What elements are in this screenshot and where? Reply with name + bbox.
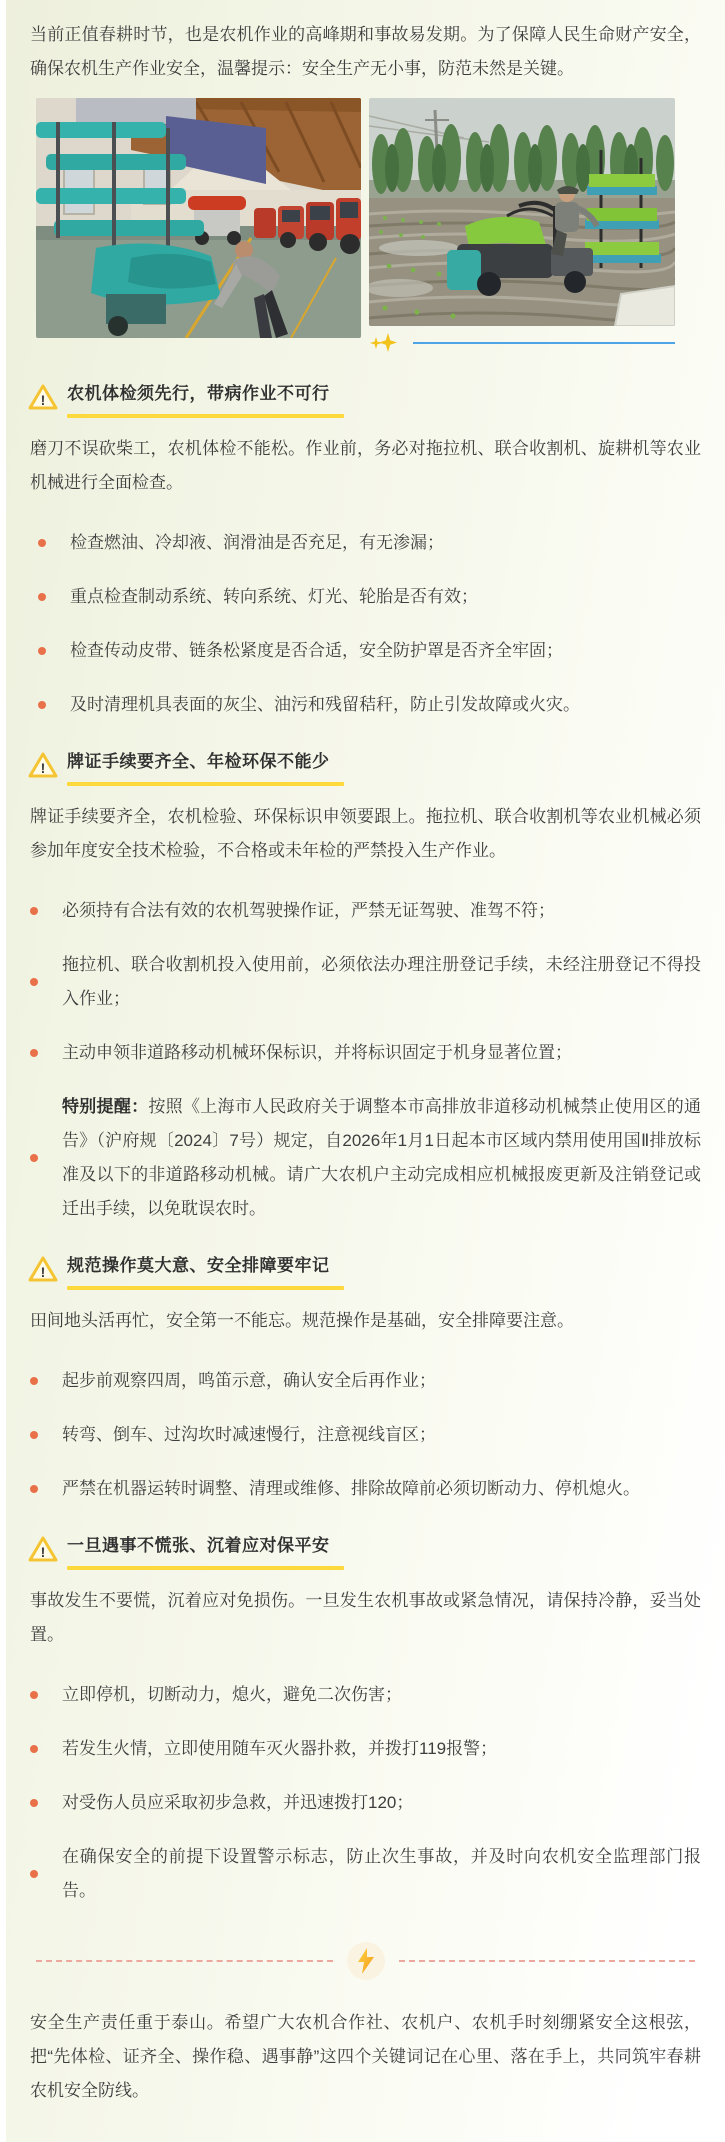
reminder-label: 特别提醒： — [62, 1097, 148, 1116]
section-heading: ! 规范操作莫大意、安全排障要牢记 — [6, 1254, 725, 1290]
warning-triangle-icon: ! — [28, 751, 58, 779]
bullet-item: 严禁在机器运转时调整、清理或维修、排除故障前必须切断动力、停机熄火。 — [30, 1472, 701, 1506]
section-lead: 田间地头活再忙，安全第一不能忘。规范操作是基础，安全排障要注意。 — [6, 1304, 725, 1338]
svg-text:!: ! — [41, 1264, 46, 1280]
bullet-dot-icon — [38, 539, 46, 547]
svg-text:!: ! — [41, 1544, 46, 1560]
bullet-item: 主动申领非道路移动机械环保标识，并将标识固定于机身显著位置； — [30, 1036, 701, 1070]
bullet-item: 检查传动皮带、链条松紧度是否合适，安全防护罩是否齐全牢固； — [38, 634, 701, 668]
bullet-item: 立即停机，切断动力，熄火，避免二次伤害； — [30, 1678, 701, 1712]
bullet-dot-icon — [30, 1485, 38, 1493]
paddy-photo-illustration — [369, 98, 675, 326]
photo-machinery-warehouse[interactable] — [36, 98, 361, 338]
section-heading: ! 牌证手续要齐全、年检环保不能少 — [6, 750, 725, 786]
section-lead: 牌证手续要齐全，农机检验、环保标识申领要跟上。拖拉机、联合收割机等农业机械必须参… — [6, 800, 725, 868]
title-underline — [67, 1566, 344, 1570]
bullet-dot-icon — [38, 647, 46, 655]
bullet-text: 若发生火情，立即使用随车灭火器扑救，并拨打119报警； — [62, 1732, 497, 1766]
dashed-line-left — [36, 1960, 333, 1962]
section-heading: ! 农机体检须先行，带病作业不可行 — [6, 382, 725, 418]
section-title: 规范操作莫大意、安全排障要牢记 — [67, 1254, 330, 1278]
photo-paddy-field[interactable] — [369, 98, 675, 326]
bullet-text: 检查燃油、冷却液、润滑油是否充足，有无渗漏； — [70, 526, 444, 560]
bullet-list: 起步前观察四周，鸣笛示意，确认安全后再作业； 转弯、倒车、过沟坎时减速慢行，注意… — [6, 1338, 725, 1506]
bullet-text: 转弯、倒车、过沟坎时减速慢行，注意视线盲区； — [62, 1418, 436, 1452]
bullet-dot-icon — [38, 701, 46, 709]
bullet-dot-icon — [38, 593, 46, 601]
title-underline — [67, 1286, 344, 1290]
lightning-badge — [347, 1942, 385, 1980]
section-license-inspection: ! 牌证手续要齐全、年检环保不能少 牌证手续要齐全，农机检验、环保标识申领要跟上… — [6, 750, 725, 1226]
special-reminder-item: 特别提醒：按照《上海市人民政府关于调整本市高排放非道移动机械禁止使用区的通告》（… — [30, 1090, 701, 1226]
bullet-dot-icon — [30, 1431, 38, 1439]
section-emergency-response: ! 一旦遇事不慌张、沉着应对保平安 事故发生不要慌，沉着应对免损伤。一旦发生农机… — [6, 1534, 725, 1908]
warehouse-photo-illustration — [36, 98, 361, 338]
bullet-item: 在确保安全的前提下设置警示标志，防止次生事故，并及时向农机安全监理部门报告。 — [30, 1840, 701, 1908]
bullet-item: 检查燃油、冷却液、润滑油是否充足，有无渗漏； — [38, 526, 701, 560]
bullet-dot-icon — [30, 1377, 38, 1385]
bullet-text: 严禁在机器运转时调整、清理或维修、排除故障前必须切断动力、停机熄火。 — [62, 1472, 640, 1506]
bullet-item: 拖拉机、联合收割机投入使用前，必须依法办理注册登记手续，未经注册登记不得投入作业… — [30, 948, 701, 1016]
sparkle-icon — [369, 333, 397, 353]
bullet-text: 及时清理机具表面的灰尘、油污和残留秸秆，防止引发故障或火灾。 — [70, 688, 580, 722]
photo-row — [6, 98, 725, 354]
svg-text:!: ! — [41, 392, 46, 408]
bullet-item: 起步前观察四周，鸣笛示意，确认安全后再作业； — [30, 1364, 701, 1398]
section-machine-checkup: ! 农机体检须先行，带病作业不可行 磨刀不误砍柴工，农机体检不能松。作业前，务必… — [6, 382, 725, 722]
bullet-dot-icon — [30, 1870, 38, 1878]
title-underline — [67, 782, 344, 786]
section-title: 一旦遇事不慌张、沉着应对保平安 — [67, 1534, 330, 1558]
warning-triangle-icon: ! — [28, 383, 58, 411]
bullet-dot-icon — [30, 1691, 38, 1699]
svg-text:!: ! — [41, 760, 46, 776]
reminder-body: 按照《上海市人民政府关于调整本市高排放非道移动机械禁止使用区的通告》（沪府规〔2… — [62, 1097, 701, 1218]
section-title: 农机体检须先行，带病作业不可行 — [67, 382, 330, 406]
warning-triangle-icon: ! — [28, 1255, 58, 1283]
photo-right-column — [369, 98, 675, 354]
bullet-list: 检查燃油、冷却液、润滑油是否充足，有无渗漏； 重点检查制动系统、转向系统、灯光、… — [6, 500, 725, 722]
bullet-text: 在确保安全的前提下设置警示标志，防止次生事故，并及时向农机安全监理部门报告。 — [62, 1840, 701, 1908]
dashed-line-right — [399, 1960, 696, 1962]
closing-paragraph: 安全生产责任重于泰山。希望广大农机合作社、农机户、农机手时刻绷紧安全这根弦，把“… — [6, 2006, 725, 2142]
bullet-list: 必须持有合法有效的农机驾驶操作证，严禁无证驾驶、准驾不符； 拖拉机、联合收割机投… — [6, 868, 725, 1226]
section-lead: 事故发生不要慌，沉着应对免损伤。一旦发生农机事故或紧急情况，请保持冷静，妥当处置… — [6, 1584, 725, 1652]
article-page: 当前正值春耕时节，也是农机作业的高峰期和事故易发期。为了保障人民生命财产安全，确… — [6, 0, 725, 2142]
bullet-dot-icon — [30, 1799, 38, 1807]
bullet-dot-icon — [30, 1745, 38, 1753]
bullet-item: 若发生火情，立即使用随车灭火器扑救，并拨打119报警； — [30, 1732, 701, 1766]
bullet-text: 检查传动皮带、链条松紧度是否合适，安全防护罩是否齐全牢固； — [70, 634, 563, 668]
decorative-divider-row — [369, 332, 675, 354]
lightning-divider — [6, 1942, 725, 1980]
lightning-bolt-icon — [355, 1948, 377, 1974]
section-lead: 磨刀不误砍柴工，农机体检不能松。作业前，务必对拖拉机、联合收割机、旋耕机等农业机… — [6, 432, 725, 500]
section-title: 牌证手续要齐全、年检环保不能少 — [67, 750, 330, 774]
bullet-item: 必须持有合法有效的农机驾驶操作证，严禁无证驾驶、准驾不符； — [30, 894, 701, 928]
bullet-item: 对受伤人员应采取初步急救，并迅速拨打120； — [30, 1786, 701, 1820]
bullet-dot-icon — [30, 978, 38, 986]
warning-triangle-icon: ! — [28, 1535, 58, 1563]
section-safe-operation: ! 规范操作莫大意、安全排障要牢记 田间地头活再忙，安全第一不能忘。规范操作是基… — [6, 1254, 725, 1506]
section-heading: ! 一旦遇事不慌张、沉着应对保平安 — [6, 1534, 725, 1570]
bullet-item: 转弯、倒车、过沟坎时减速慢行，注意视线盲区； — [30, 1418, 701, 1452]
special-reminder-text: 特别提醒：按照《上海市人民政府关于调整本市高排放非道移动机械禁止使用区的通告》（… — [62, 1090, 701, 1226]
intro-paragraph: 当前正值春耕时节，也是农机作业的高峰期和事故易发期。为了保障人民生命财产安全，确… — [6, 18, 725, 86]
bullet-text: 立即停机，切断动力，熄火，避免二次伤害； — [62, 1678, 402, 1712]
bullet-dot-icon — [30, 1154, 38, 1162]
bullet-list: 立即停机，切断动力，熄火，避免二次伤害； 若发生火情，立即使用随车灭火器扑救，并… — [6, 1652, 725, 1908]
bullet-text: 重点检查制动系统、转向系统、灯光、轮胎是否有效； — [70, 580, 478, 614]
bullet-dot-icon — [30, 1049, 38, 1057]
bullet-text: 起步前观察四周，鸣笛示意，确认安全后再作业； — [62, 1364, 436, 1398]
title-underline — [67, 414, 344, 418]
bullet-item: 及时清理机具表面的灰尘、油污和残留秸秆，防止引发故障或火灾。 — [38, 688, 701, 722]
bullet-text: 拖拉机、联合收割机投入使用前，必须依法办理注册登记手续，未经注册登记不得投入作业… — [62, 948, 701, 1016]
bullet-text: 主动申领非道路移动机械环保标识，并将标识固定于机身显著位置； — [62, 1036, 572, 1070]
bullet-text: 对受伤人员应采取初步急救，并迅速拨打120； — [62, 1786, 413, 1820]
bullet-item: 重点检查制动系统、转向系统、灯光、轮胎是否有效； — [38, 580, 701, 614]
bullet-text: 必须持有合法有效的农机驾驶操作证，严禁无证驾驶、准驾不符； — [62, 894, 555, 928]
bullet-dot-icon — [30, 907, 38, 915]
blue-divider-line — [413, 342, 675, 344]
